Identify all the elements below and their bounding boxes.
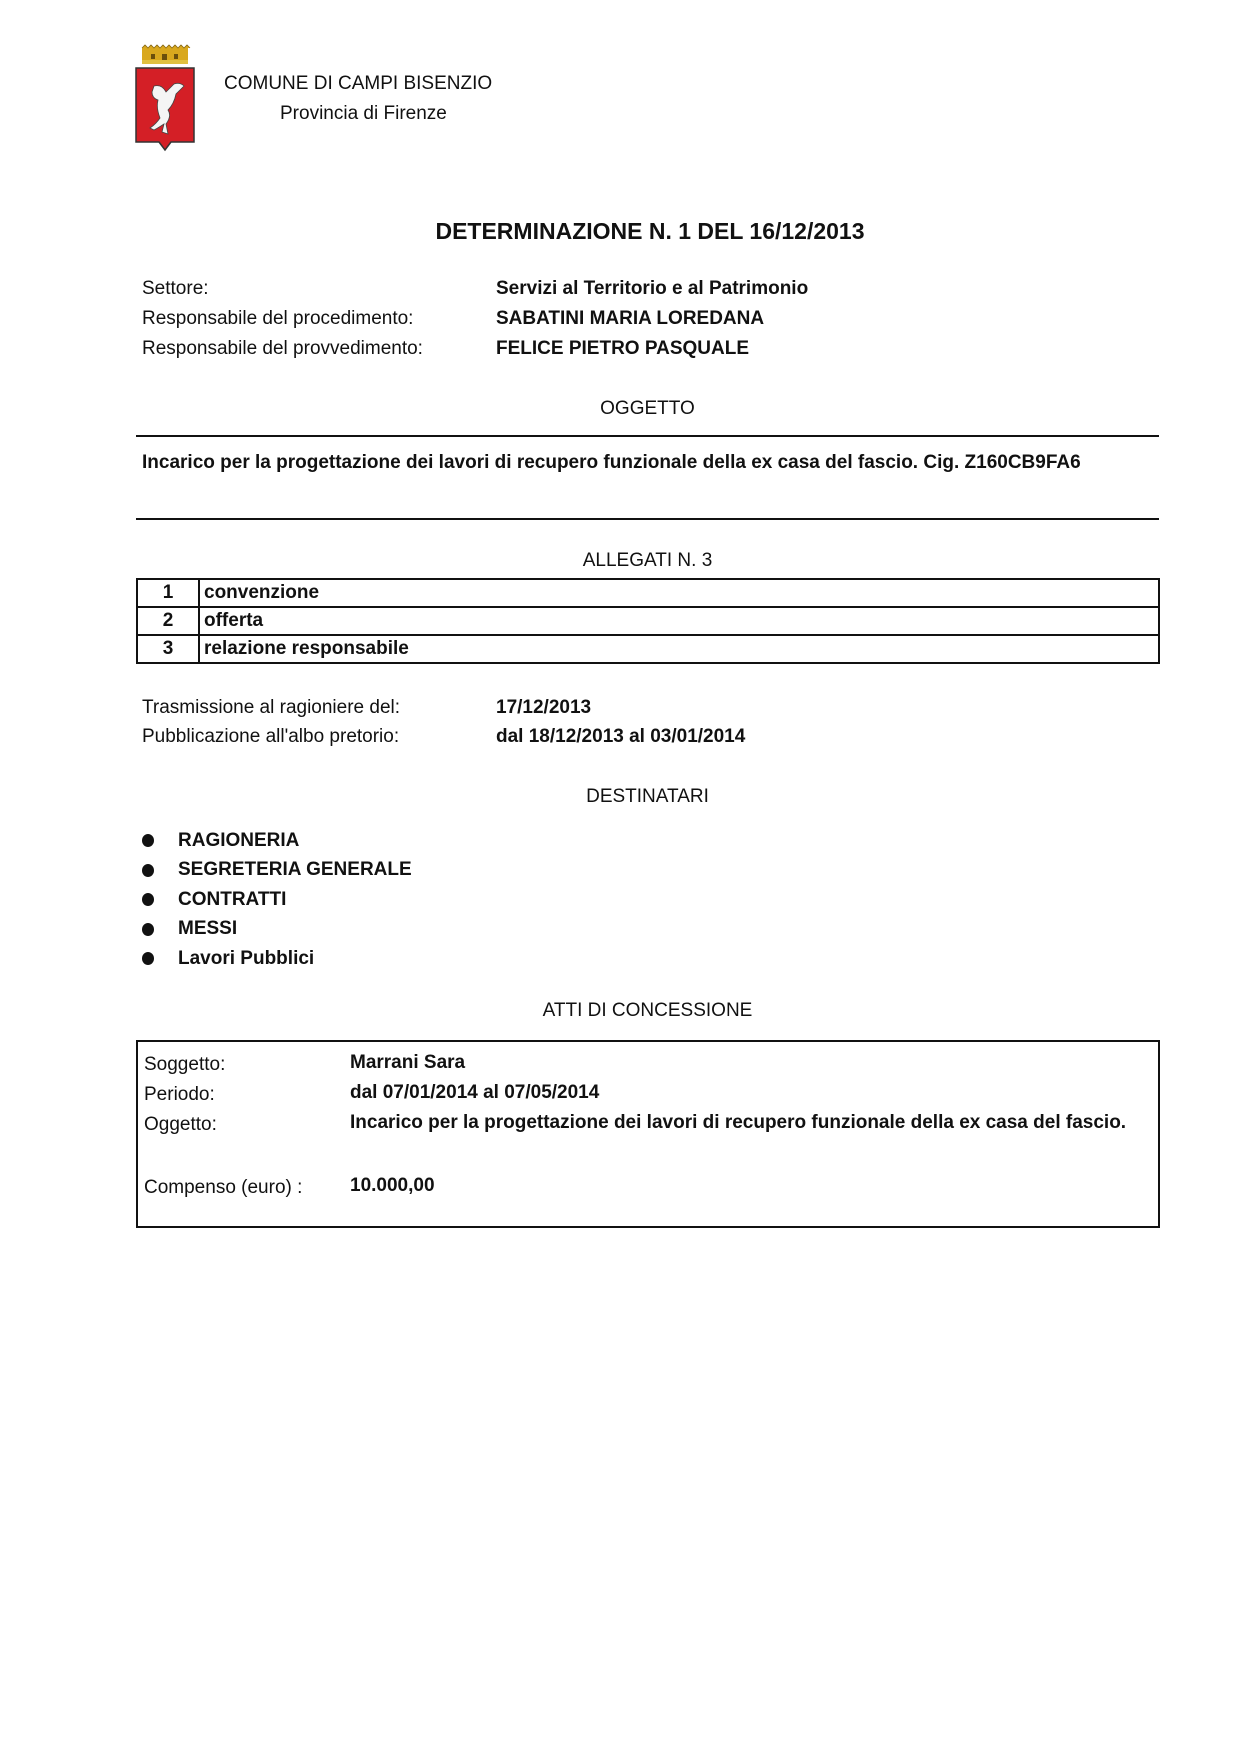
- responsabile-provvedimento-value: FELICE PIETRO PASQUALE: [496, 338, 749, 360]
- bullet-icon: [142, 923, 154, 936]
- responsabile-provvedimento-label: Responsabile del provvedimento:: [142, 338, 423, 360]
- destinatari-heading: DESTINATARI: [136, 786, 1159, 808]
- org-subtitle: Provincia di Firenze: [280, 103, 447, 125]
- bullet-icon: [142, 893, 154, 906]
- allegato-number: 3: [137, 635, 199, 663]
- allegato-name: relazione responsabile: [199, 635, 1159, 663]
- bullet-icon: [142, 864, 154, 877]
- trasmissione-label: Trasmissione al ragioniere del:: [142, 697, 400, 719]
- compenso-label: Compenso (euro) :: [144, 1177, 302, 1199]
- list-item: MESSI: [142, 915, 412, 945]
- allegati-heading: ALLEGATI N. 3: [136, 550, 1159, 572]
- periodo-label: Periodo:: [144, 1084, 215, 1106]
- allegato-name: convenzione: [199, 579, 1159, 607]
- soggetto-label: Soggetto:: [144, 1054, 225, 1076]
- divider: [136, 435, 1159, 437]
- list-item: RAGIONERIA: [142, 826, 412, 856]
- atti-box: Soggetto: Marrani Sara Periodo: dal 07/0…: [136, 1040, 1160, 1228]
- org-name: COMUNE DI CAMPI BISENZIO: [224, 73, 492, 95]
- allegati-table: 1 convenzione 2 offerta 3 relazione resp…: [136, 578, 1160, 664]
- table-row: 1 convenzione: [137, 579, 1159, 607]
- oggetto-heading: OGGETTO: [136, 398, 1159, 420]
- divider: [136, 518, 1159, 520]
- soggetto-value: Marrani Sara: [350, 1048, 1156, 1078]
- trasmissione-value: 17/12/2013: [496, 697, 591, 719]
- allegato-number: 2: [137, 607, 199, 635]
- coat-of-arms-icon: [134, 44, 196, 156]
- destinatario-label: CONTRATTI: [178, 889, 286, 911]
- responsabile-procedimento-value: SABATINI MARIA LOREDANA: [496, 308, 764, 330]
- list-item: Lavori Pubblici: [142, 944, 412, 974]
- destinatario-label: SEGRETERIA GENERALE: [178, 859, 412, 881]
- list-item: SEGRETERIA GENERALE: [142, 856, 412, 886]
- periodo-value: dal 07/01/2014 al 07/05/2014: [350, 1078, 1156, 1108]
- document-title: DETERMINAZIONE N. 1 DEL 16/12/2013: [0, 218, 1240, 245]
- table-row: 3 relazione responsabile: [137, 635, 1159, 663]
- destinatario-label: Lavori Pubblici: [178, 948, 314, 970]
- allegato-name: offerta: [199, 607, 1159, 635]
- compenso-value: 10.000,00: [350, 1171, 1156, 1201]
- table-row: 2 offerta: [137, 607, 1159, 635]
- pubblicazione-label: Pubblicazione all'albo pretorio:: [142, 726, 399, 748]
- list-item: CONTRATTI: [142, 885, 412, 915]
- atti-heading: ATTI DI CONCESSIONE: [136, 1000, 1159, 1022]
- destinatario-label: MESSI: [178, 918, 237, 940]
- bullet-icon: [142, 952, 154, 965]
- pubblicazione-value: dal 18/12/2013 al 03/01/2014: [496, 726, 745, 748]
- responsabile-procedimento-label: Responsabile del procedimento:: [142, 308, 413, 330]
- destinatari-list: RAGIONERIA SEGRETERIA GENERALE CONTRATTI…: [142, 826, 412, 974]
- oggetto-label: Oggetto:: [144, 1114, 217, 1136]
- destinatario-label: RAGIONERIA: [178, 830, 299, 852]
- bullet-icon: [142, 834, 154, 847]
- oggetto-value: Incarico per la progettazione dei lavori…: [350, 1108, 1156, 1138]
- settore-label: Settore:: [142, 278, 209, 300]
- oggetto-text: Incarico per la progettazione dei lavori…: [142, 448, 1155, 478]
- settore-value: Servizi al Territorio e al Patrimonio: [496, 278, 808, 300]
- allegato-number: 1: [137, 579, 199, 607]
